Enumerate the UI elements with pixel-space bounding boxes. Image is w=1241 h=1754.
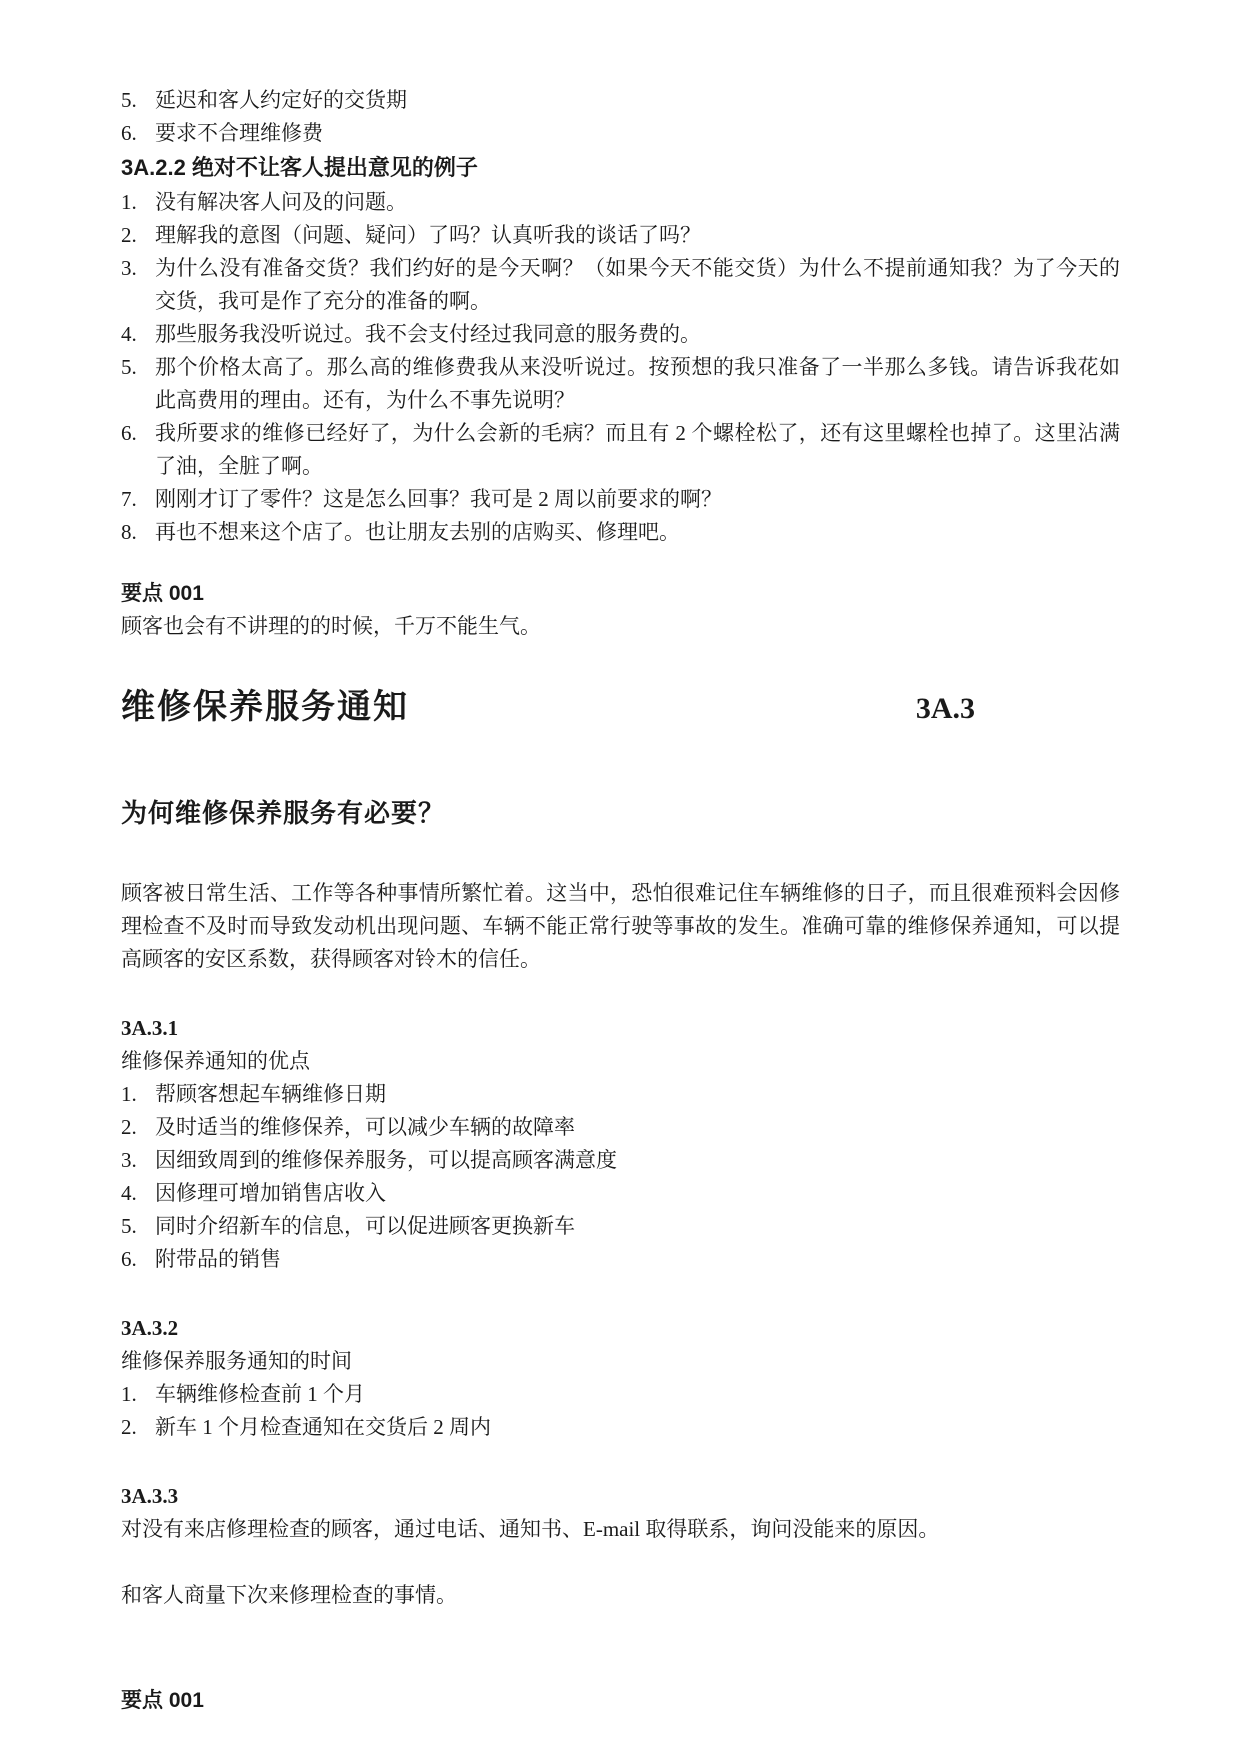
list-item: 8. 再也不想来这个店了。也让朋友去别的店购买、修理吧。: [121, 516, 1120, 549]
list-item-text: 为什么没有准备交货？我们约好的是今天啊？（如果今天不能交货）为什么不提前通知我？…: [155, 252, 1120, 318]
list-item-number: 4.: [121, 318, 155, 351]
customer-opinion-example-list: 1. 没有解决客人问及的问题。 2. 理解我的意图（问题、疑问）了吗？认真听我的…: [121, 186, 1120, 549]
list-item: 6. 要求不合理维修费: [121, 117, 1120, 150]
list-item-text: 同时介绍新车的信息，可以促进顾客更换新车: [155, 1210, 1120, 1243]
subsection-3a33: 3A.3.3 对没有来店修理检查的顾客，通过电话、通知书、E-mail 取得联系…: [121, 1480, 1120, 1612]
list-item-text: 因修理可增加销售店收入: [155, 1177, 1120, 1210]
list-item-text: 那个价格太高了。那么高的维修费我从来没听说过。按预想的我只准备了一半那么多钱。请…: [155, 351, 1120, 417]
keypoint-title: 要点 001: [121, 577, 1120, 610]
keypoint-block-2: 要点 001: [121, 1684, 1120, 1717]
list-item-number: 5.: [121, 351, 155, 384]
list-item: 2. 及时适当的维修保养，可以减少车辆的故障率: [121, 1111, 1120, 1144]
list-item-number: 3.: [121, 252, 155, 285]
list-item: 4. 那些服务我没听说过。我不会支付经过我同意的服务费的。: [121, 318, 1120, 351]
list-item: 1. 帮顾客想起车辆维修日期: [121, 1078, 1120, 1111]
subsection-3a31: 3A.3.1 维修保养通知的优点 1. 帮顾客想起车辆维修日期 2. 及时适当的…: [121, 1012, 1120, 1276]
list-item: 3. 因细致周到的维修保养服务，可以提高顾客满意度: [121, 1144, 1120, 1177]
list-item-text: 我所要求的维修已经好了，为什么会新的毛病？而且有 2 个螺栓松了，还有这里螺栓也…: [155, 417, 1120, 483]
list-item-text: 附带品的销售: [155, 1243, 1120, 1276]
list-item-text: 因细致周到的维修保养服务，可以提高顾客满意度: [155, 1144, 1120, 1177]
subsection-number: 3A.3.3: [121, 1480, 1120, 1513]
subsection-paragraph-1: 对没有来店修理检查的顾客，通过电话、通知书、E-mail 取得联系，询问没能来的…: [121, 1513, 1120, 1546]
keypoint-title: 要点 001: [121, 1684, 1120, 1717]
heading-3a22: 3A.2.2 绝对不让客人提出意见的例子: [121, 150, 1120, 186]
list-item-number: 8.: [121, 516, 155, 549]
list-item-number: 6.: [121, 417, 155, 450]
question-heading: 为何维修保养服务有必要？: [121, 793, 1120, 833]
list-item: 6. 我所要求的维修已经好了，为什么会新的毛病？而且有 2 个螺栓松了，还有这里…: [121, 417, 1120, 483]
notification-advantages-list: 1. 帮顾客想起车辆维修日期 2. 及时适当的维修保养，可以减少车辆的故障率 3…: [121, 1078, 1120, 1276]
list-item: 7. 刚刚才订了零件？这是怎么回事？我可是 2 周以前要求的啊？: [121, 483, 1120, 516]
list-item-number: 6.: [121, 1243, 155, 1276]
list-item: 5. 同时介绍新车的信息，可以促进顾客更换新车: [121, 1210, 1120, 1243]
list-item-text: 延迟和客人约定好的交货期: [155, 84, 1120, 117]
intro-paragraph: 顾客被日常生活、工作等各种事情所繁忙着。这当中，恐怕很难记住车辆维修的日子，而且…: [121, 877, 1120, 976]
list-item-text: 帮顾客想起车辆维修日期: [155, 1078, 1120, 1111]
subsection-subtitle: 维修保养通知的优点: [121, 1045, 1120, 1078]
notification-timing-list: 1. 车辆维修检查前 1 个月 2. 新车 1 个月检查通知在交货后 2 周内: [121, 1378, 1120, 1444]
section-heading-row: 维修保养服务通知 3A.3: [121, 683, 1120, 733]
list-item-number: 2.: [121, 219, 155, 252]
list-item: 2. 理解我的意图（问题、疑问）了吗？认真听我的谈话了吗？: [121, 219, 1120, 252]
list-item-number: 5.: [121, 1210, 155, 1243]
list-item: 2. 新车 1 个月检查通知在交货后 2 周内: [121, 1411, 1120, 1444]
list-item-number: 1.: [121, 186, 155, 219]
list-item-number: 7.: [121, 483, 155, 516]
list-item: 1. 没有解决客人问及的问题。: [121, 186, 1120, 219]
list-item-number: 1.: [121, 1378, 155, 1411]
list-item-number: 2.: [121, 1411, 155, 1444]
list-item-text: 刚刚才订了零件？这是怎么回事？我可是 2 周以前要求的啊？: [155, 483, 1120, 516]
complaint-cause-list: 5. 延迟和客人约定好的交货期 6. 要求不合理维修费: [121, 84, 1120, 150]
document-page: 5. 延迟和客人约定好的交货期 6. 要求不合理维修费 3A.2.2 绝对不让客…: [0, 0, 1241, 1754]
list-item-number: 3.: [121, 1144, 155, 1177]
list-item-number: 4.: [121, 1177, 155, 1210]
keypoint-text: 顾客也会有不讲理的的时候，千万不能生气。: [121, 610, 1120, 643]
list-item: 6. 附带品的销售: [121, 1243, 1120, 1276]
list-item-number: 5.: [121, 84, 155, 117]
list-item-text: 理解我的意图（问题、疑问）了吗？认真听我的谈话了吗？: [155, 219, 1120, 252]
list-item-text: 新车 1 个月检查通知在交货后 2 周内: [155, 1411, 1120, 1444]
list-item: 1. 车辆维修检查前 1 个月: [121, 1378, 1120, 1411]
list-item: 5. 那个价格太高了。那么高的维修费我从来没听说过。按预想的我只准备了一半那么多…: [121, 351, 1120, 417]
list-item: 5. 延迟和客人约定好的交货期: [121, 84, 1120, 117]
keypoint-block-1: 要点 001 顾客也会有不讲理的的时候，千万不能生气。: [121, 577, 1120, 643]
section-title: 维修保养服务通知: [121, 683, 409, 731]
list-item: 3. 为什么没有准备交货？我们约好的是今天啊？（如果今天不能交货）为什么不提前通…: [121, 252, 1120, 318]
list-item-text: 车辆维修检查前 1 个月: [155, 1378, 1120, 1411]
subsection-number: 3A.3.1: [121, 1012, 1120, 1045]
section-number: 3A.3: [916, 685, 975, 733]
subsection-3a32: 3A.3.2 维修保养服务通知的时间 1. 车辆维修检查前 1 个月 2. 新车…: [121, 1312, 1120, 1444]
subsection-number: 3A.3.2: [121, 1312, 1120, 1345]
list-item-text: 要求不合理维修费: [155, 117, 1120, 150]
list-item-number: 6.: [121, 117, 155, 150]
list-item-text: 及时适当的维修保养，可以减少车辆的故障率: [155, 1111, 1120, 1144]
list-item-text: 再也不想来这个店了。也让朋友去别的店购买、修理吧。: [155, 516, 1120, 549]
list-item-number: 1.: [121, 1078, 155, 1111]
list-item-text: 那些服务我没听说过。我不会支付经过我同意的服务费的。: [155, 318, 1120, 351]
list-item-text: 没有解决客人问及的问题。: [155, 186, 1120, 219]
list-item-number: 2.: [121, 1111, 155, 1144]
subsection-paragraph-2: 和客人商量下次来修理检查的事情。: [121, 1579, 1120, 1612]
list-item: 4. 因修理可增加销售店收入: [121, 1177, 1120, 1210]
subsection-subtitle: 维修保养服务通知的时间: [121, 1345, 1120, 1378]
